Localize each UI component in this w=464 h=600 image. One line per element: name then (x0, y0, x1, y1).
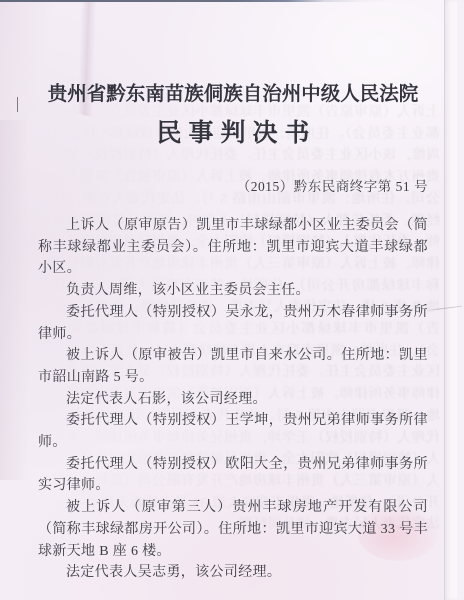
court-name: 贵州省黔东南苗族侗族自治州中级人民法院 (38, 83, 428, 107)
judgment-paragraph: 法定代表人吴志勇，该公司经理。 (38, 562, 428, 584)
scan-edge-top (0, 0, 464, 2)
judgment-paragraph: 法定代表人石影，该公司经理。 (38, 389, 428, 411)
document-title: 民事判决书 (38, 119, 428, 149)
document-body: 上诉人（原审原告）凯里市丰球绿都小区业主委员会（简称丰球绿都业主委员会）。住所地… (38, 215, 428, 584)
judgment-paragraph: 委托代理人（特别授权）欧阳大全，贵州兄弟律师事务所实习律师。 (38, 454, 428, 497)
document-content: 贵州省黔东南苗族侗族自治州中级人民法院 民事判决书 （2015）黔东民商终字第 … (0, 0, 464, 584)
scanned-judgment-page: 上诉人（原审原告）凯里市丰球绿都小区业主委员会（简称丰球绿都业主委员会）。住所地… (0, 0, 464, 600)
scan-edge-right (444, 0, 464, 600)
judgment-paragraph: 负责人周维，该小区业主委员会主任。 (38, 280, 428, 302)
judgment-paragraph: 委托代理人（特别授权）吴永龙，贵州万木春律师事务所律师。 (38, 302, 428, 345)
judgment-paragraph: 被上诉人（原审第三人）贵州丰球房地产开发有限公司（简称丰球绿都房开公司）。住所地… (38, 497, 428, 562)
judgment-paragraph: 上诉人（原审原告）凯里市丰球绿都小区业主委员会（简称丰球绿都业主委员会）。住所地… (38, 215, 428, 280)
judgment-paragraph: 被上诉人（原审被告）凯里市自来水公司。住所地：凯里市韶山南路 5 号。 (38, 345, 428, 388)
judgment-paragraph: 委托代理人（特别授权）王学坤，贵州兄弟律师事务所律师。 (38, 410, 428, 453)
case-number: （2015）黔东民商终字第 51 号 (38, 179, 428, 195)
